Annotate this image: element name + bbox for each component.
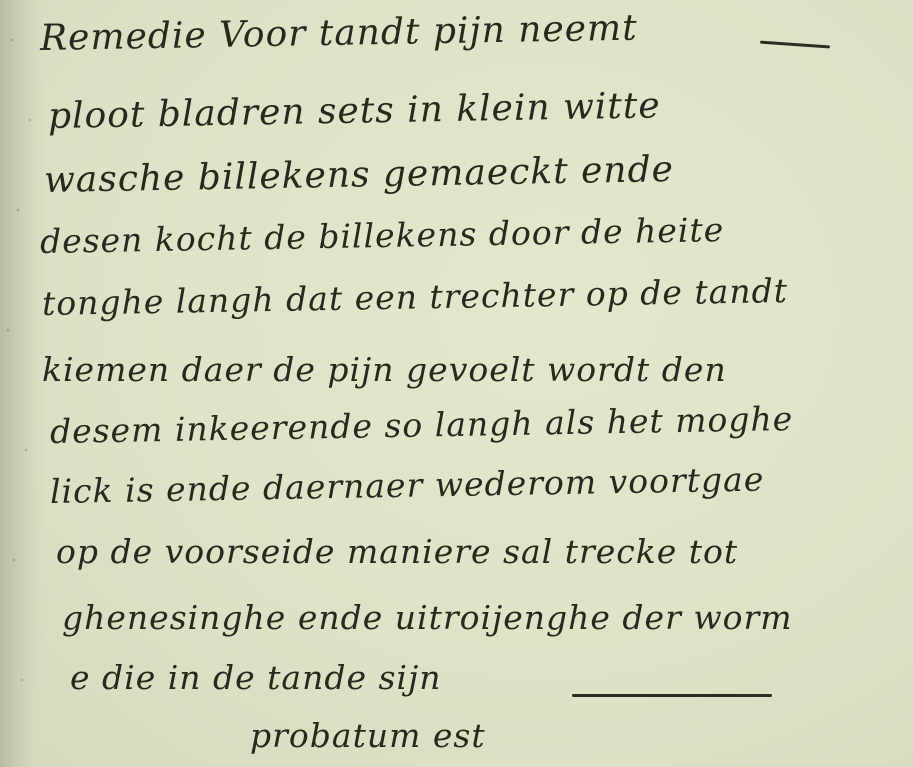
manuscript-line-4: desen kocht de billekens door de heite (40, 210, 725, 261)
manuscript-line-11: e die in de tande sijn (70, 658, 441, 697)
manuscript-line-6: kiemen daer de pijn gevoelt wordt den (42, 350, 727, 389)
manuscript-line-9: op de voorseide maniere sal trecke tot (56, 532, 738, 571)
manuscript-line-5: tonghe langh dat een trechter op de tand… (42, 271, 789, 323)
manuscript-page: Remedie Voor tandt pijn neemt ploot blad… (0, 0, 913, 767)
manuscript-closing-line: probatum est (250, 716, 486, 755)
manuscript-line-3: wasche billekens gemaeckt ende (44, 149, 675, 201)
manuscript-line-10: ghenesinghe ende uitroijenghe der worm (62, 598, 793, 637)
manuscript-line-1: Remedie Voor tandt pijn neemt (40, 8, 638, 59)
page-gutter-shadow (0, 0, 46, 767)
manuscript-line-2: ploot bladren sets in klein witte (48, 85, 661, 137)
end-of-line-1-flourish (760, 41, 830, 49)
manuscript-line-8: lick is ende daernaer wederom voortgae (50, 460, 765, 511)
manuscript-line-7: desem inkeerende so langh als het moghe (50, 399, 794, 451)
end-of-text-rule (572, 694, 772, 697)
